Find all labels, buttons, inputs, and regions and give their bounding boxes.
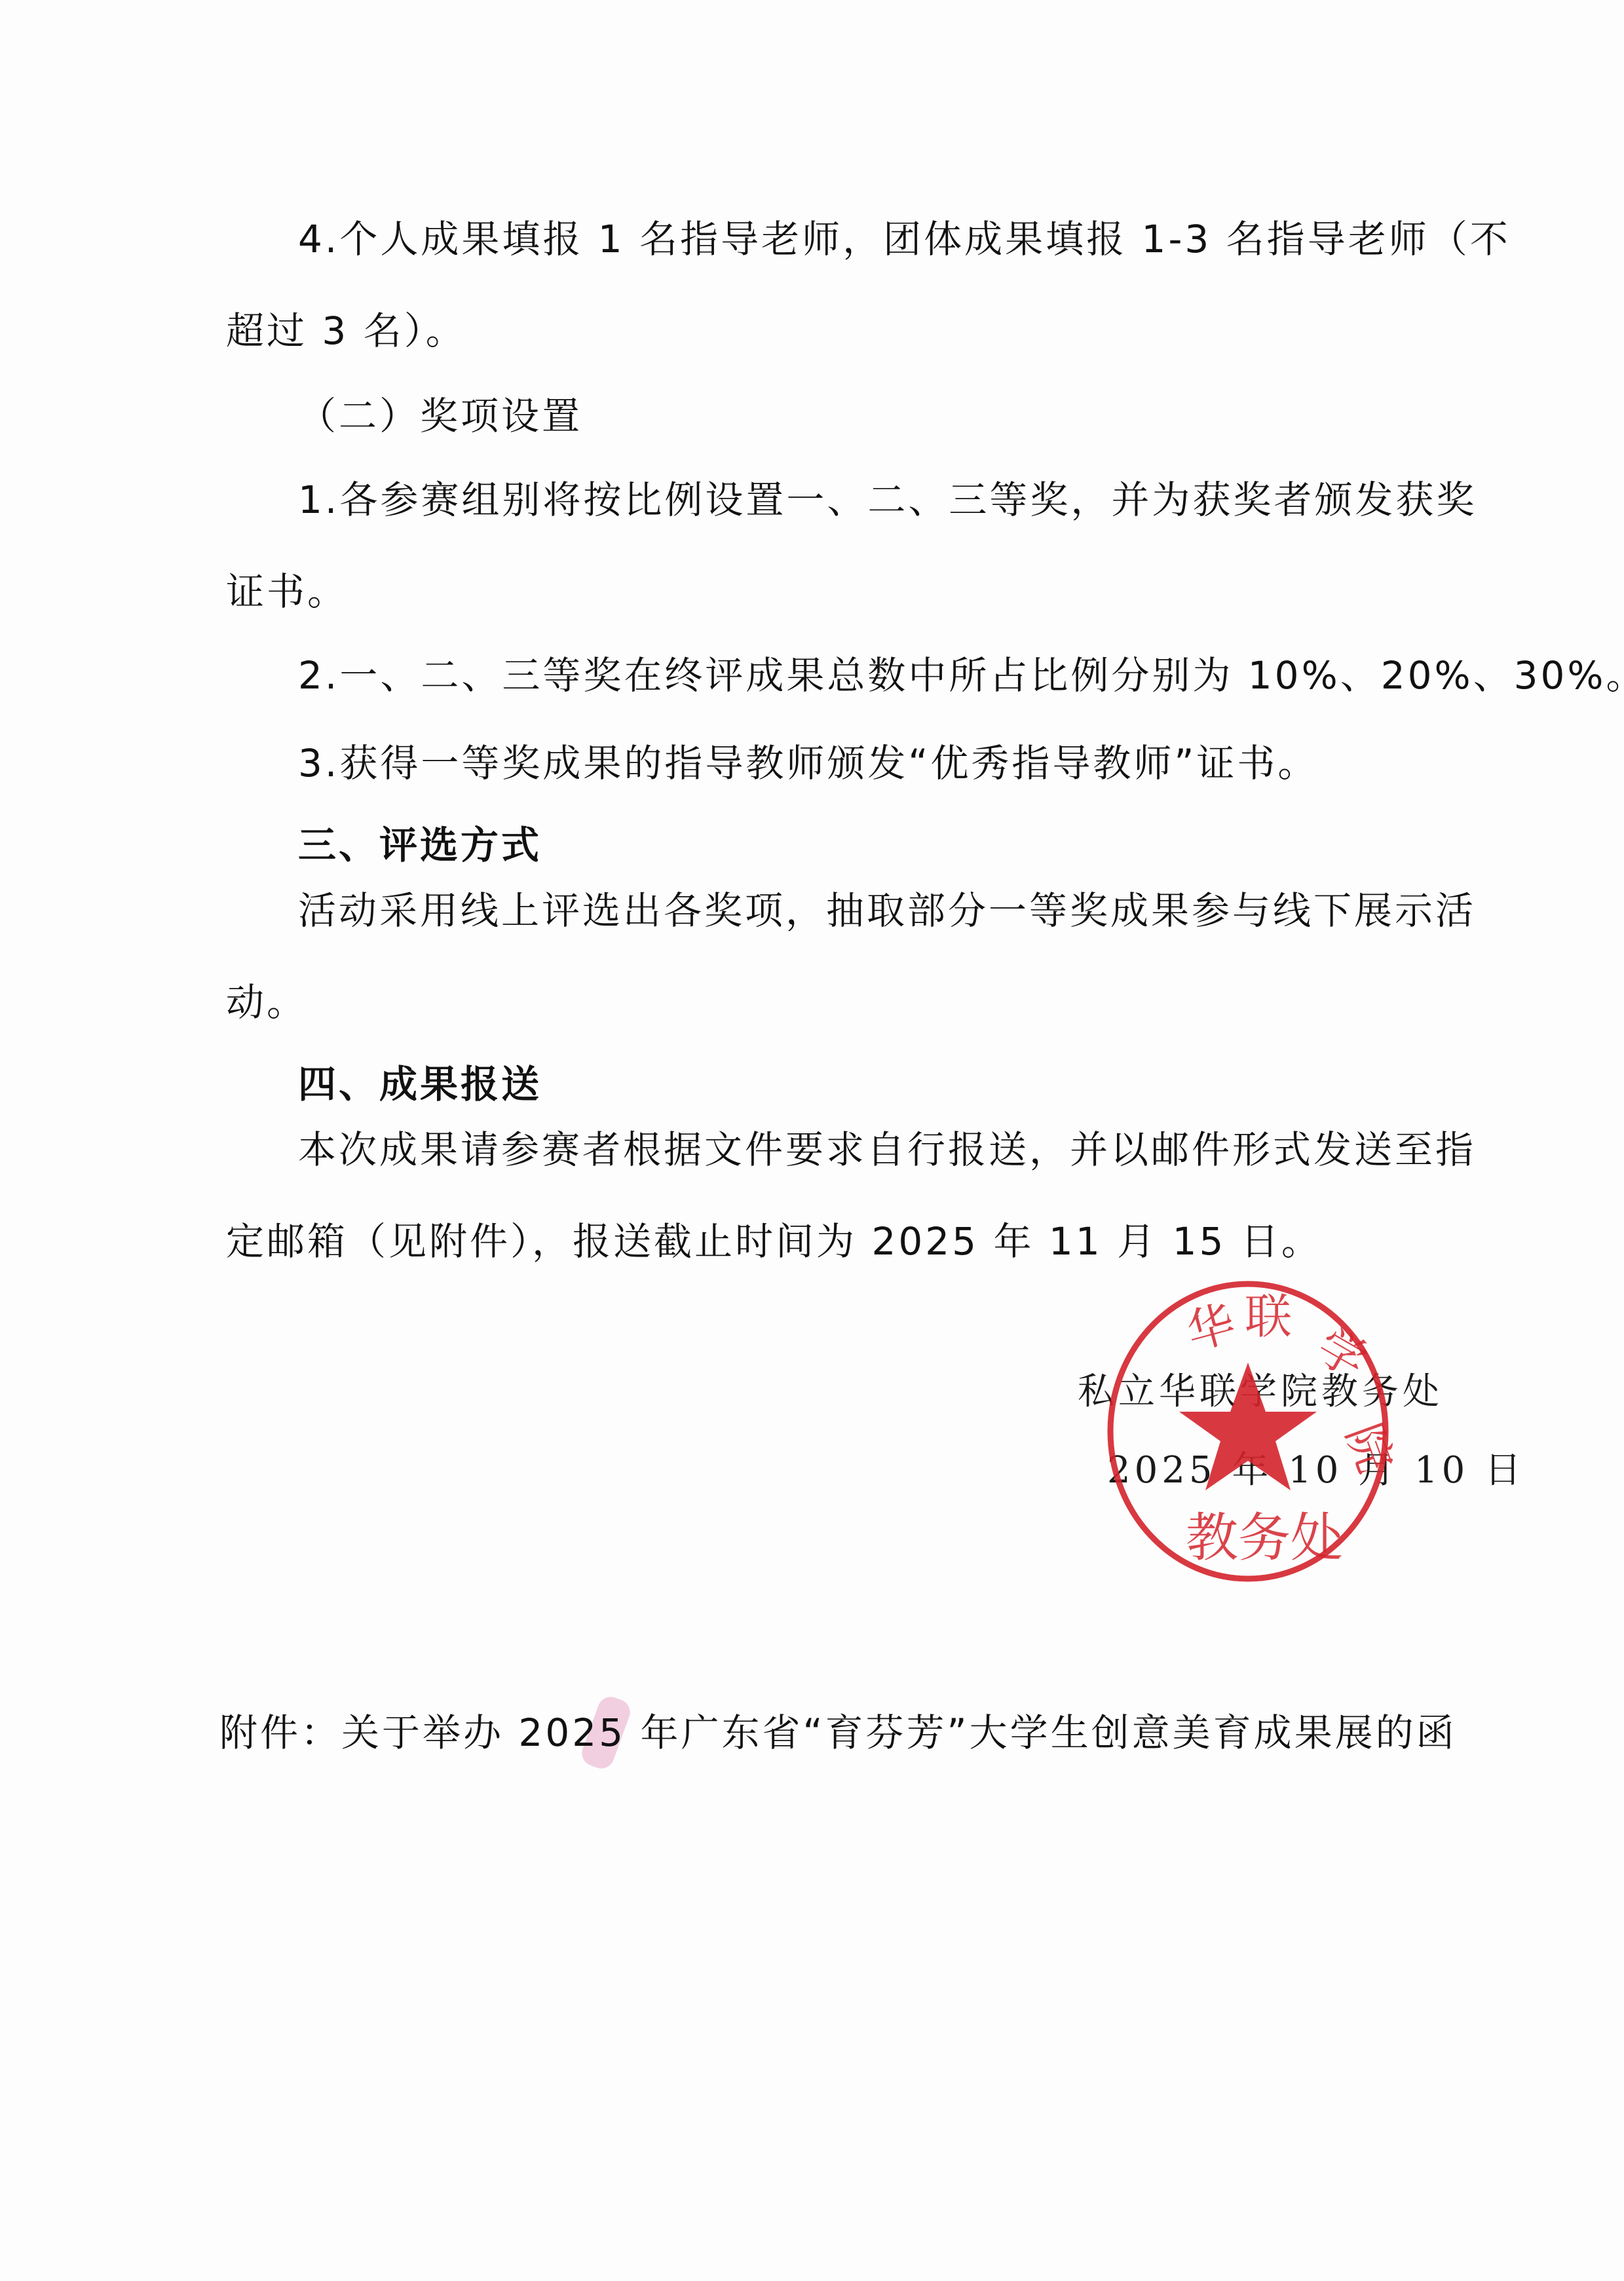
paragraph-advisor-rule-cont: 超过 3 名）。 xyxy=(226,308,466,354)
paragraph-selection-method-cont: 动。 xyxy=(226,979,307,1025)
paragraph-award-2: 2.一、二、三等奖在终评成果总数中所占比例分别为 10%、20%、30%。 xyxy=(298,652,1624,698)
paragraph-award-1: 1.各参赛组别将按比例设置一、二、三等奖，并为获奖者颁发获奖 xyxy=(298,477,1477,523)
svg-text:院: 院 xyxy=(1336,1416,1402,1479)
svg-text:华: 华 xyxy=(1181,1295,1241,1361)
paragraph-submission-cont: 定邮箱（见附件），报送截止时间为 2025 年 11 月 15 日。 xyxy=(226,1218,1322,1264)
subheading-award-settings: （二）奖项设置 xyxy=(298,393,582,439)
paragraph-submission: 本次成果请参赛者根据文件要求自行报送，并以邮件形式发送至指 xyxy=(298,1127,1476,1173)
paragraph-award-3: 3.获得一等奖成果的指导教师颁发“优秀指导教师”证书。 xyxy=(298,740,1318,786)
attachment-note: 附件：关于举办 2025 年广东省“育芬芳”大学生创意美育成果展的函 xyxy=(219,1710,1457,1756)
document-page: 4.个人成果填报 1 名指导老师，团体成果填报 1-3 名指导老师（不 超过 3… xyxy=(0,0,1624,2281)
svg-text:学: 学 xyxy=(1308,1318,1376,1389)
svg-text:联: 联 xyxy=(1245,1289,1292,1344)
heading-submission: 四、成果报送 xyxy=(298,1061,542,1107)
paragraph-advisor-rule: 4.个人成果填报 1 名指导老师，团体成果填报 1-3 名指导老师（不 xyxy=(298,216,1511,262)
paragraph-award-1-cont: 证书。 xyxy=(226,569,348,614)
svg-text:教务处: 教务处 xyxy=(1186,1507,1343,1568)
seal-star-icon xyxy=(1179,1363,1317,1490)
heading-selection-method: 三、评选方式 xyxy=(298,822,542,868)
official-seal-icon: 华 联 学 院 教务处 xyxy=(1094,1277,1402,1585)
paragraph-selection-method: 活动采用线上评选出各奖项，抽取部分一等奖成果参与线下展示活 xyxy=(298,888,1476,933)
